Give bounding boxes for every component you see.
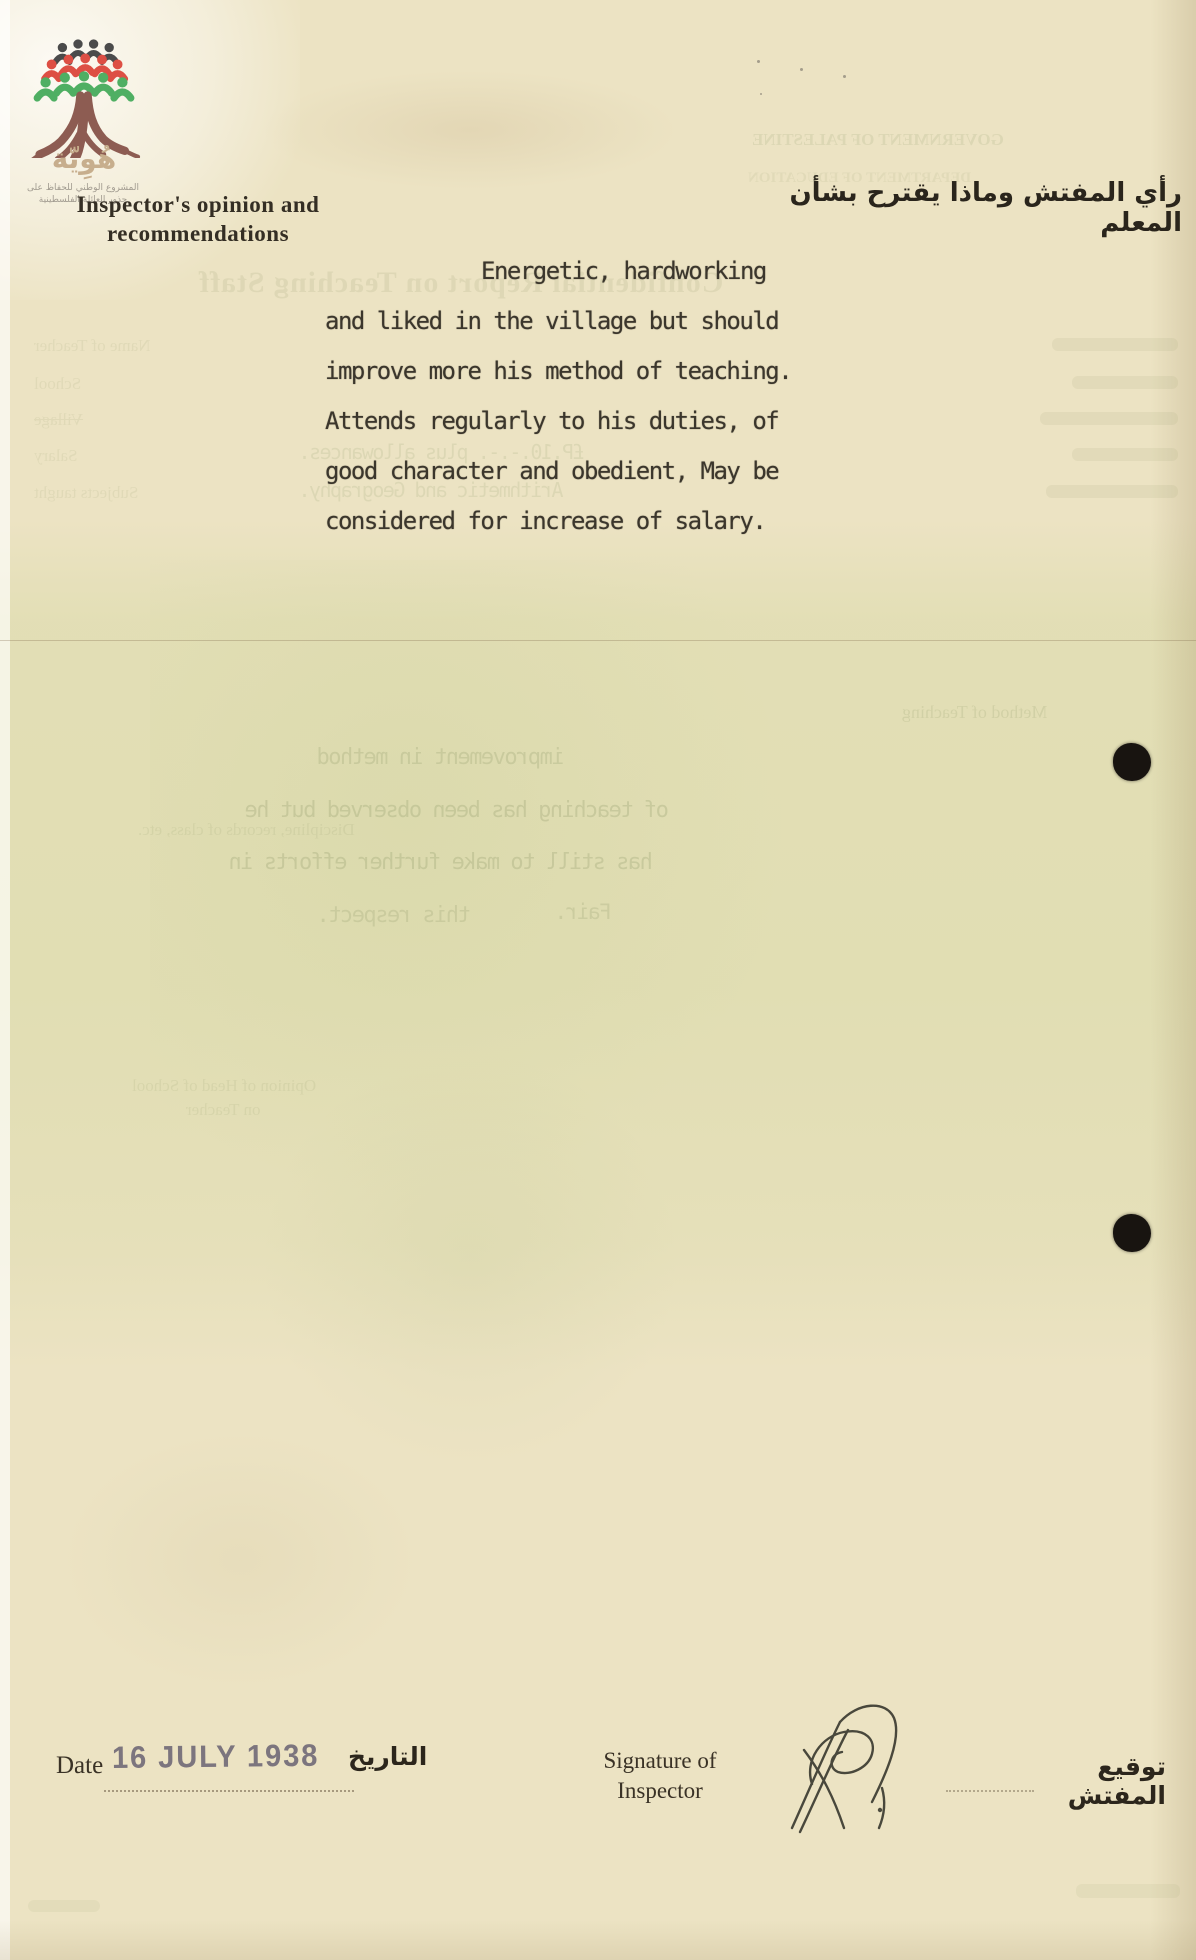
bleed-smudge bbox=[1052, 338, 1178, 351]
bleed-smudge bbox=[28, 1900, 100, 1912]
paper-speck bbox=[800, 68, 803, 71]
paper-stain bbox=[260, 1050, 680, 1470]
signature-label: Signature of Inspector bbox=[565, 1746, 755, 1806]
paper-stain bbox=[0, 1920, 1196, 1960]
bleed-form-label: School bbox=[34, 374, 81, 394]
bleed-typed-line: has still to make further efforts in bbox=[230, 850, 653, 875]
bleed-smudge bbox=[1040, 412, 1178, 425]
bleed-form-label: Village bbox=[34, 410, 83, 430]
signature-label-line2: Inspector bbox=[565, 1776, 755, 1806]
bleed-method-label: Method of Teaching bbox=[902, 702, 1047, 723]
paper-stain bbox=[60, 1430, 420, 1690]
paper-speck bbox=[760, 93, 762, 95]
typed-line: good character and obedient, May be bbox=[325, 446, 795, 496]
bleed-opinion-label-line2: on Teacher bbox=[186, 1100, 260, 1120]
bleed-department-line: DEPARTMENT OF EDUCATION bbox=[748, 170, 971, 187]
typed-line: Energetic, hardworking bbox=[325, 246, 795, 296]
section-title-line1: Inspector's opinion and bbox=[52, 190, 344, 219]
paper-stain bbox=[1150, 0, 1196, 1960]
date-stamp: 16 JULY 1938 bbox=[112, 1738, 320, 1776]
bleed-form-label: Subjects taught bbox=[34, 483, 138, 503]
archive-logo bbox=[24, 38, 174, 158]
bleed-opinion-label-line1: Opinion of Head of School bbox=[132, 1076, 316, 1096]
bleed-form-label: Salary bbox=[34, 446, 77, 466]
archive-brand-name: هُوِيّة bbox=[34, 142, 134, 175]
typed-line: and liked in the village but should bbox=[325, 296, 795, 346]
paper-stain bbox=[260, 70, 680, 190]
inspector-signature-mark bbox=[782, 1688, 922, 1843]
paper-stain bbox=[0, 0, 10, 1960]
signature-scribble-icon bbox=[782, 1688, 922, 1838]
date-label: Date bbox=[56, 1752, 103, 1780]
paper-stain bbox=[0, 520, 1196, 1370]
typed-line: Attends regularly to his duties, of bbox=[325, 396, 795, 446]
section-title-english: Inspector's opinion and recommendations bbox=[52, 190, 344, 248]
typed-line: improve more his method of teaching. bbox=[325, 346, 795, 396]
bleed-discipline-label: Discipline, records of class, etc. bbox=[138, 820, 355, 840]
bleed-smudge bbox=[1076, 1884, 1180, 1898]
scanned-document-page: هُوِيّة المشروع الوطني للحفاظ على جذور ا… bbox=[0, 0, 1196, 1960]
bleed-smudge bbox=[1072, 376, 1178, 389]
bleed-government-line: GOVERNMENT OF PALESTINE bbox=[752, 130, 1004, 150]
punch-hole bbox=[1113, 1214, 1151, 1252]
paper-speck bbox=[843, 75, 846, 78]
typed-line: considered for increase of salary. bbox=[325, 496, 795, 546]
section-title-line2: recommendations bbox=[52, 219, 344, 248]
inspector-remarks: Energetic, hardworking and liked in the … bbox=[325, 246, 795, 546]
bleed-smudge bbox=[1072, 448, 1178, 461]
bleed-smudge bbox=[1046, 485, 1178, 498]
fold-line bbox=[0, 640, 1196, 641]
section-title-arabic: رأي المفتش وماذا يقترح بشأن المعلم bbox=[762, 178, 1182, 238]
signature-label-arabic: توقيع المفتش bbox=[1016, 1752, 1166, 1810]
bleed-form-label: Name of Teacher bbox=[34, 336, 151, 356]
tree-of-people-icon bbox=[24, 38, 144, 158]
bleed-typed-line: this respect. bbox=[318, 903, 471, 928]
bleed-typed-line: improvement in method bbox=[318, 745, 565, 770]
paper-speck bbox=[757, 60, 760, 63]
date-label-arabic: التاريخ bbox=[348, 1742, 427, 1771]
punch-hole bbox=[1113, 743, 1151, 781]
signature-label-line1: Signature of bbox=[565, 1746, 755, 1776]
bleed-fair-value: Fair. bbox=[556, 900, 612, 924]
